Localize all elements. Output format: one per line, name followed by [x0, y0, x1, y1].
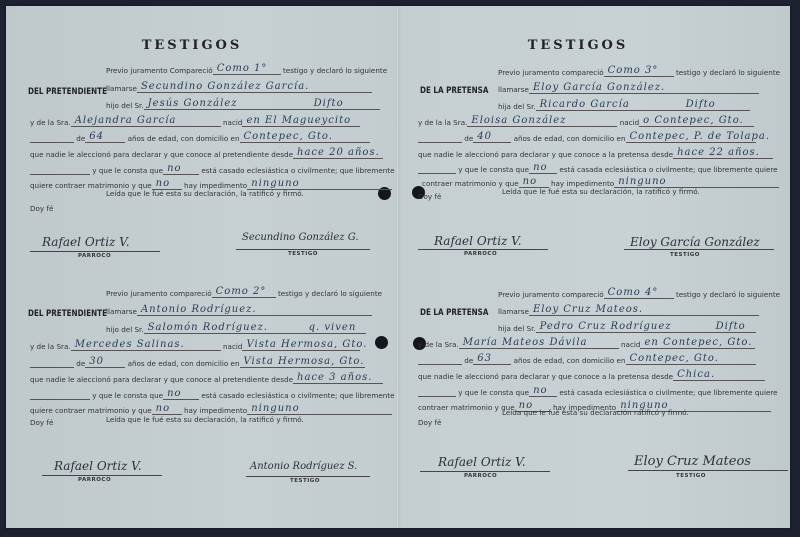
form-line: hijo del Sr.Salomón Rodríguez.q. viven: [106, 323, 366, 334]
party-label: DEL PRETENDIENTE: [28, 309, 107, 319]
handwritten-value: Chica.: [677, 369, 715, 380]
left-page: TESTIGOS DEL PRETENDIENTE Previo juramen…: [6, 6, 398, 528]
handwritten-value: Mercedes Salinas.: [75, 339, 185, 350]
signature-parroco: Rafael Ortiz V.: [54, 459, 142, 473]
right-page: TESTIGOS DE LA PRETENSA Previo juramento…: [398, 6, 790, 528]
ratification-text: Leída que le fué esta su declaración, la…: [106, 415, 304, 424]
form-line: y que le consta queno está casado eclesi…: [30, 389, 395, 400]
form-line: Previo juramento comparecióComo 4° testi…: [498, 288, 780, 299]
signature-line: [420, 471, 550, 472]
handwritten-value: Vista Hermosa, Gto.: [244, 356, 365, 367]
handwritten-value: Vista Hermosa, Gto.: [246, 339, 367, 350]
handwritten-value: en Contepec, Gto.: [644, 337, 752, 348]
age-value: 63: [477, 353, 492, 364]
parroco-label: PARROCO: [464, 473, 497, 479]
handwritten-value: Contepec, Gto.: [630, 353, 719, 364]
testigo-label: TESTIGO: [676, 473, 706, 479]
handwritten-value: Salomón Rodríguez.: [148, 322, 268, 333]
signature-parroco: Rafael Ortiz V.: [438, 455, 526, 469]
form-line: quiere contraer matrimonio y queno hay i…: [30, 404, 392, 415]
form-line: Previo juramento comparecióComo 2° testi…: [106, 287, 382, 298]
handwritten-value: Eloy Cruz Mateos.: [533, 304, 643, 315]
signature-line: [246, 476, 370, 477]
signature-testigo: Antonio Rodríguez S.: [250, 461, 357, 472]
party-label: DE LA PRETENSA: [420, 308, 488, 318]
signature-line: [42, 475, 162, 476]
ratification-text: Leída que le fué esta su declaración rat…: [502, 408, 689, 417]
testigo-label: TESTIGO: [290, 478, 320, 484]
handwritten-value: no: [533, 385, 547, 396]
witness-2-section: DEL PRETENDIENTE Previo juramento compar…: [6, 6, 398, 256]
age-value: 30: [89, 356, 104, 367]
doy-fe-text: Doy fé: [418, 418, 441, 427]
signature-line: [628, 470, 788, 471]
form-line: de63 años de edad, con domicilio enConte…: [418, 354, 756, 365]
form-line: hija del Sr.Pedro Cruz RodríguezDifto: [498, 322, 756, 333]
form-line: y de la Sra.María Mateos Dávila naciden …: [418, 338, 755, 349]
handwritten-value: Antonio Rodríguez.: [141, 304, 257, 315]
parroco-label: PARROCO: [78, 477, 111, 483]
handwritten-value: no: [167, 388, 181, 399]
form-line: y de la Sra.Mercedes Salinas. nacidVista…: [30, 340, 360, 351]
doy-fe-text: Doy fé: [30, 418, 53, 427]
handwritten-value: hace 3 años.: [297, 372, 372, 383]
handwritten-value: Pedro Cruz Rodríguez: [540, 321, 672, 332]
form-line: de30 años de edad, con domicilio enVista…: [30, 357, 365, 368]
signature-testigo: Eloy Cruz Mateos: [634, 454, 751, 469]
form-line: y que le consta queno está casada eclesi…: [418, 386, 778, 397]
handwritten-value: ninguno: [251, 403, 299, 414]
witness-4-section: DE LA PRETENSA Previo juramento comparec…: [398, 6, 790, 256]
form-line: que nadie le aleccionó para declarar y q…: [30, 373, 383, 384]
handwritten-value: María Mateos Dávila: [463, 337, 588, 348]
form-line: llamarseEloy Cruz Mateos.: [498, 305, 759, 316]
handwritten-value: Como 2°: [216, 286, 267, 297]
form-line: que nadie le aleccionó para declarar y q…: [418, 370, 765, 381]
form-line: llamarseAntonio Rodríguez.: [106, 305, 372, 316]
handwritten-value: Como 4°: [608, 287, 659, 298]
handwritten-value: no: [156, 403, 170, 414]
